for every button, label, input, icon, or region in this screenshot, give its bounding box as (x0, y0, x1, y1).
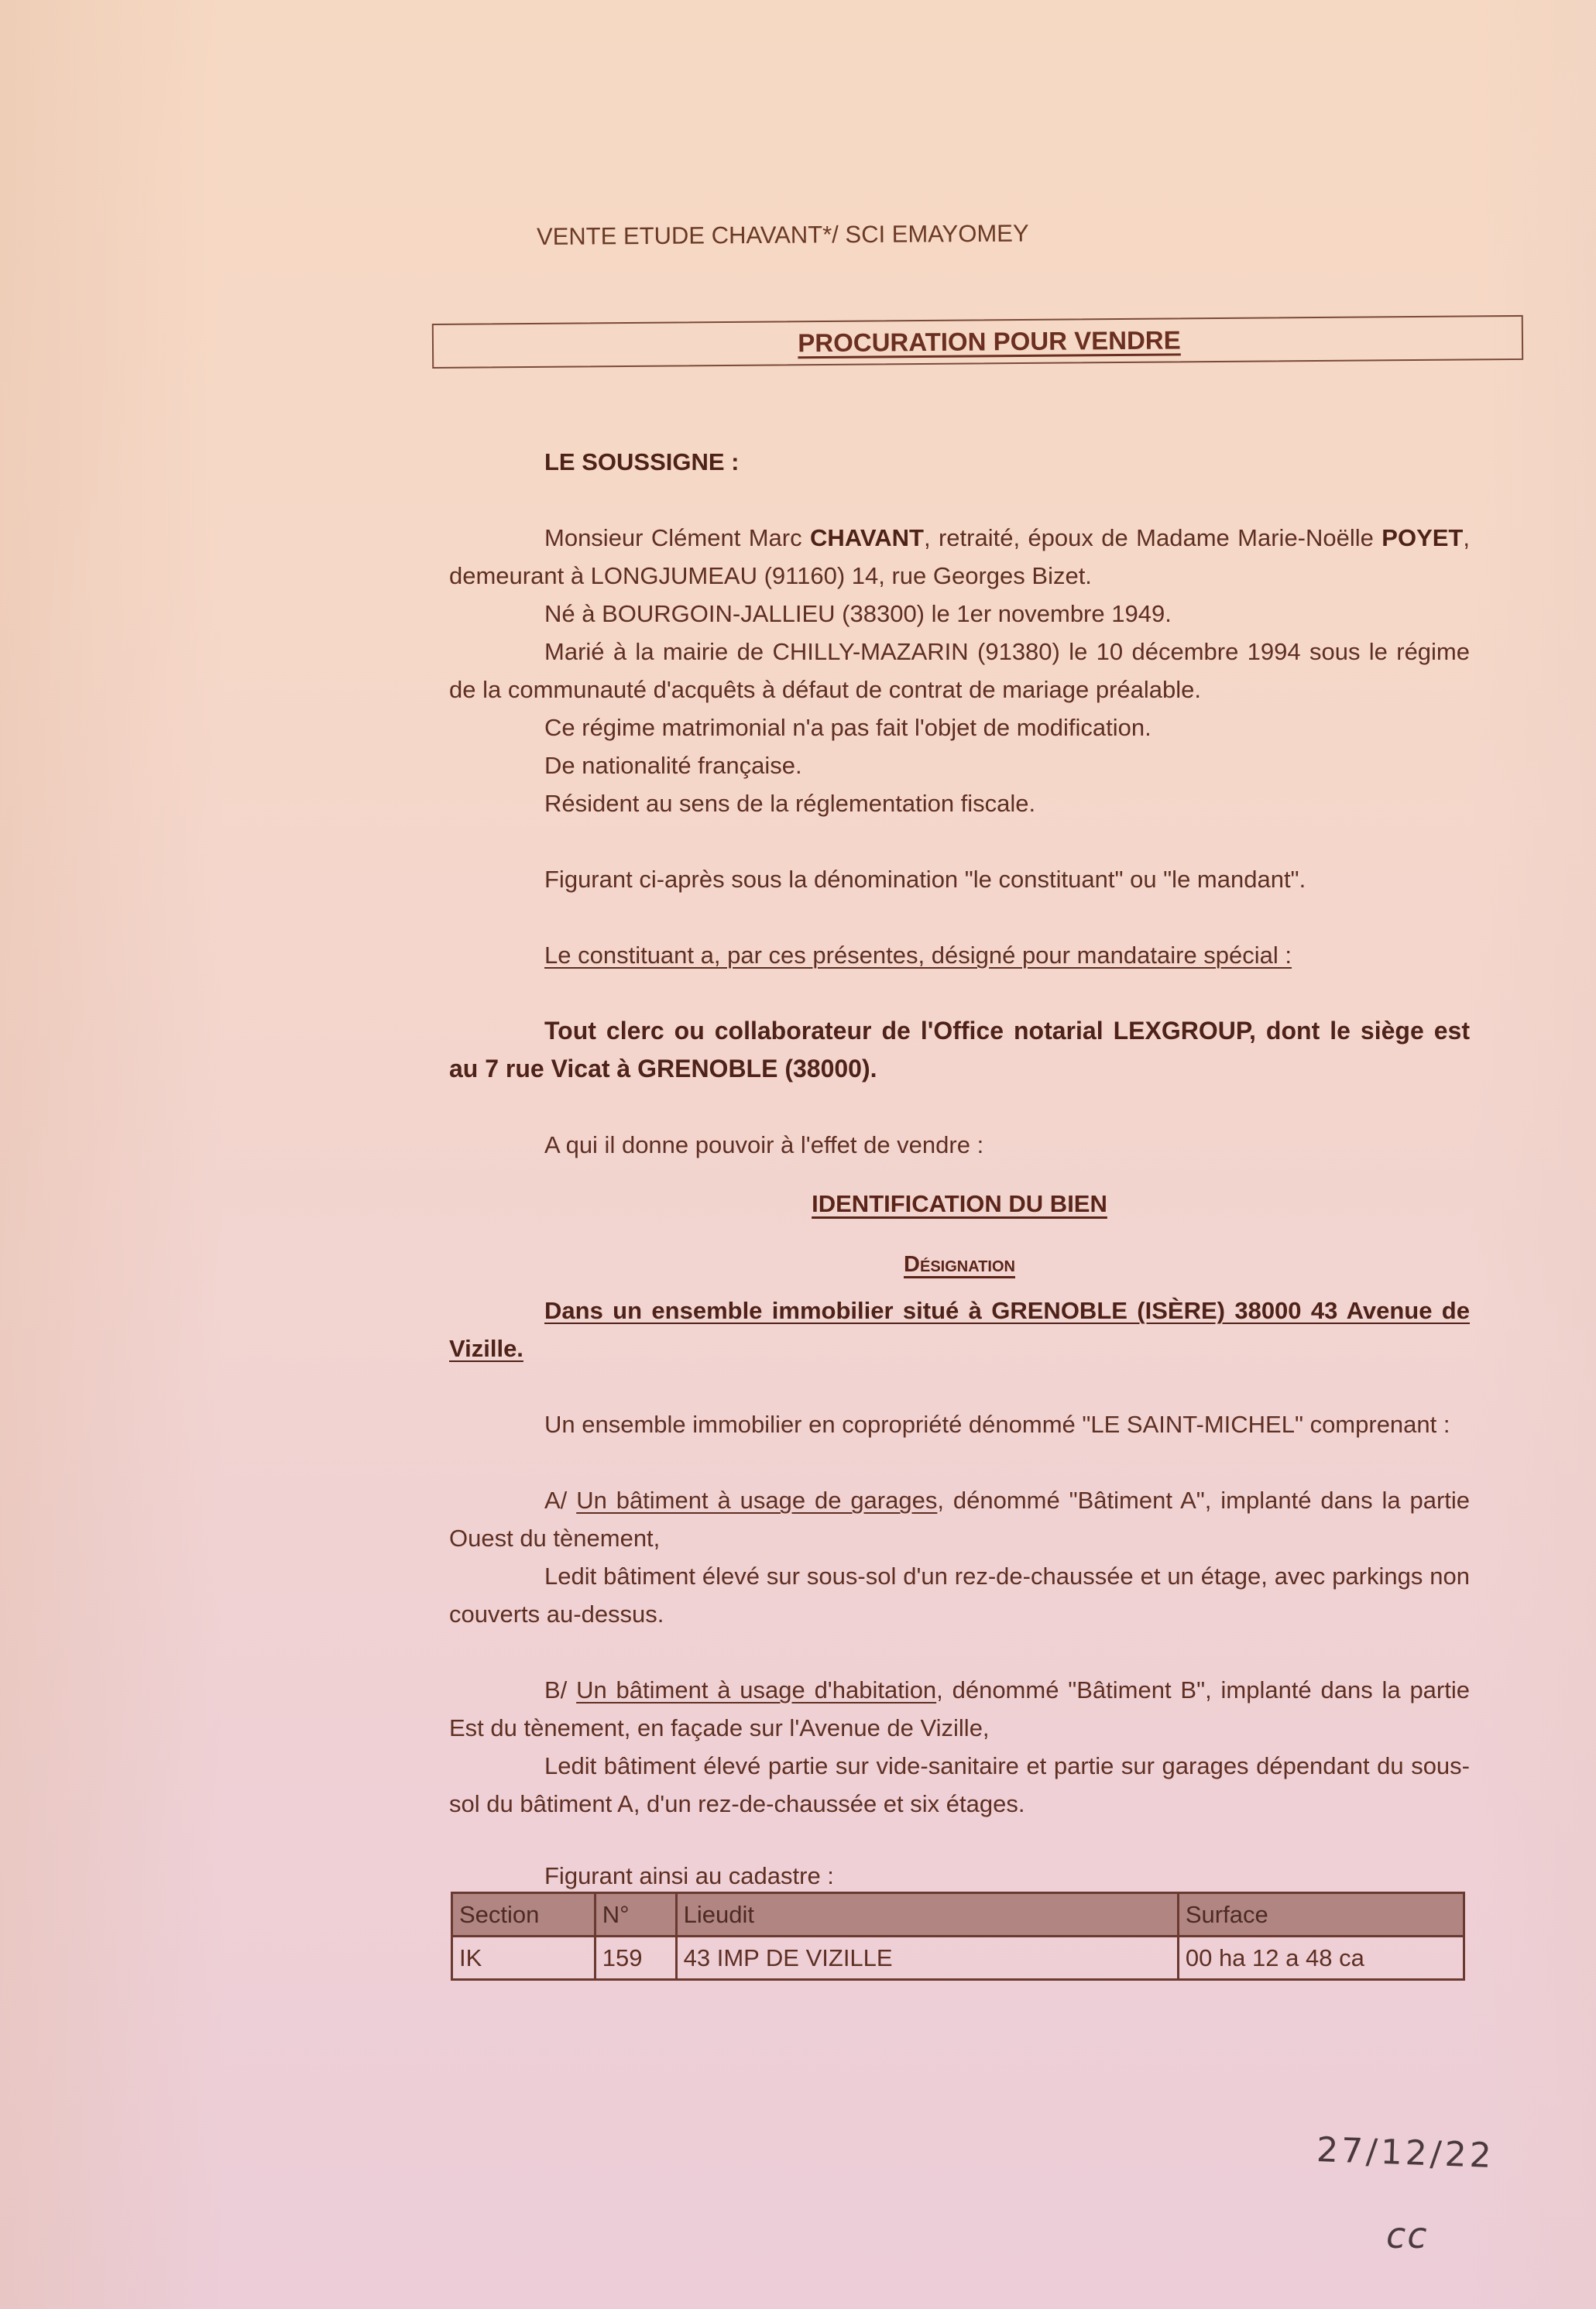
building-b-paragraph: B/ Un bâtiment à usage d'habitation, dén… (449, 1671, 1470, 1747)
cell-section: IK (452, 1937, 595, 1980)
identity-paragraph: Monsieur Clément Marc CHAVANT, retraité,… (449, 519, 1470, 595)
residence-line: Résident au sens de la réglementation fi… (449, 784, 1470, 822)
mandataire-intro: Le constituant a, par ces présentes, dés… (449, 936, 1470, 974)
identity-text: Monsieur Clément Marc (544, 524, 810, 551)
header-surface: Surface (1178, 1893, 1464, 1937)
regime-line: Ce régime matrimonial n'a pas fait l'obj… (449, 708, 1470, 746)
table-row: IK 159 43 IMP DE VIZILLE 00 ha 12 a 48 c… (452, 1937, 1464, 1980)
building-a-detail: Ledit bâtiment élevé sur sous-sol d'un r… (449, 1557, 1470, 1633)
surname-poyet: POYET (1381, 524, 1463, 551)
building-b-prefix: B/ (544, 1676, 576, 1703)
cadastre-intro: Figurant ainsi au cadastre : (449, 1861, 1470, 1892)
header-number: N° (595, 1893, 676, 1937)
birth-line: Né à BOURGOIN-JALLIEU (38300) le 1er nov… (449, 595, 1470, 633)
cadastre-header-row: Section N° Lieudit Surface (452, 1893, 1464, 1937)
location-paragraph: Dans un ensemble immobilier situé à GREN… (449, 1292, 1470, 1367)
denomination-line: Figurant ci-après sous la dénomination "… (449, 860, 1470, 898)
soussigne-block: LE SOUSSIGNE : Monsieur Clément Marc CHA… (449, 443, 1470, 1202)
identity-text: , retraité, époux de Madame Marie-Noëlle (924, 524, 1381, 551)
marriage-paragraph: Marié à la mairie de CHILLY-MAZARIN (913… (449, 633, 1470, 708)
handwritten-date: 27/12/22 (1316, 2130, 1495, 2176)
building-b-type: Un bâtiment à usage d'habitation (576, 1676, 936, 1703)
building-a-paragraph: A/ Un bâtiment à usage de garages, dénom… (449, 1481, 1470, 1557)
reference-line: VENTE ETUDE CHAVANT*/ SCI EMAYOMEY (537, 220, 1029, 251)
title-box: PROCURATION POUR VENDRE (432, 315, 1523, 369)
document-title: PROCURATION POUR VENDRE (798, 325, 1181, 358)
mandataire-paragraph: Tout clerc ou collaborateur de l'Office … (449, 1012, 1470, 1088)
cadastre-table: Section N° Lieudit Surface IK 159 43 IMP… (451, 1892, 1465, 1981)
handwritten-initials: CC (1386, 2215, 1429, 2256)
pouvoir-line: A qui il donne pouvoir à l'effet de vend… (449, 1126, 1470, 1164)
cell-number: 159 (595, 1937, 676, 1980)
header-lieudit: Lieudit (676, 1893, 1178, 1937)
identification-block: IDENTIFICATION DU BIEN Désignation Dans … (449, 1185, 1470, 1981)
building-b-detail: Ledit bâtiment élevé partie sur vide-san… (449, 1747, 1470, 1823)
heading-identification: IDENTIFICATION DU BIEN (449, 1185, 1470, 1223)
cell-lieudit: 43 IMP DE VIZILLE (676, 1937, 1178, 1980)
building-a-prefix: A/ (544, 1487, 576, 1514)
mandataire-intro-text: Le constituant a, par ces présentes, dés… (544, 942, 1292, 969)
heading-designation: Désignation (449, 1246, 1470, 1284)
building-a-type: Un bâtiment à usage de garages (576, 1487, 937, 1514)
nationality-line: De nationalité française. (449, 746, 1470, 784)
location-text: Dans un ensemble immobilier situé à GREN… (449, 1297, 1470, 1362)
ensemble-paragraph: Un ensemble immobilier en copropriété dé… (449, 1405, 1470, 1443)
section-heading-soussigne: LE SOUSSIGNE : (449, 443, 1470, 481)
header-section: Section (452, 1893, 595, 1937)
cell-surface: 00 ha 12 a 48 ca (1178, 1937, 1464, 1980)
surname-chavant: CHAVANT (810, 524, 924, 551)
